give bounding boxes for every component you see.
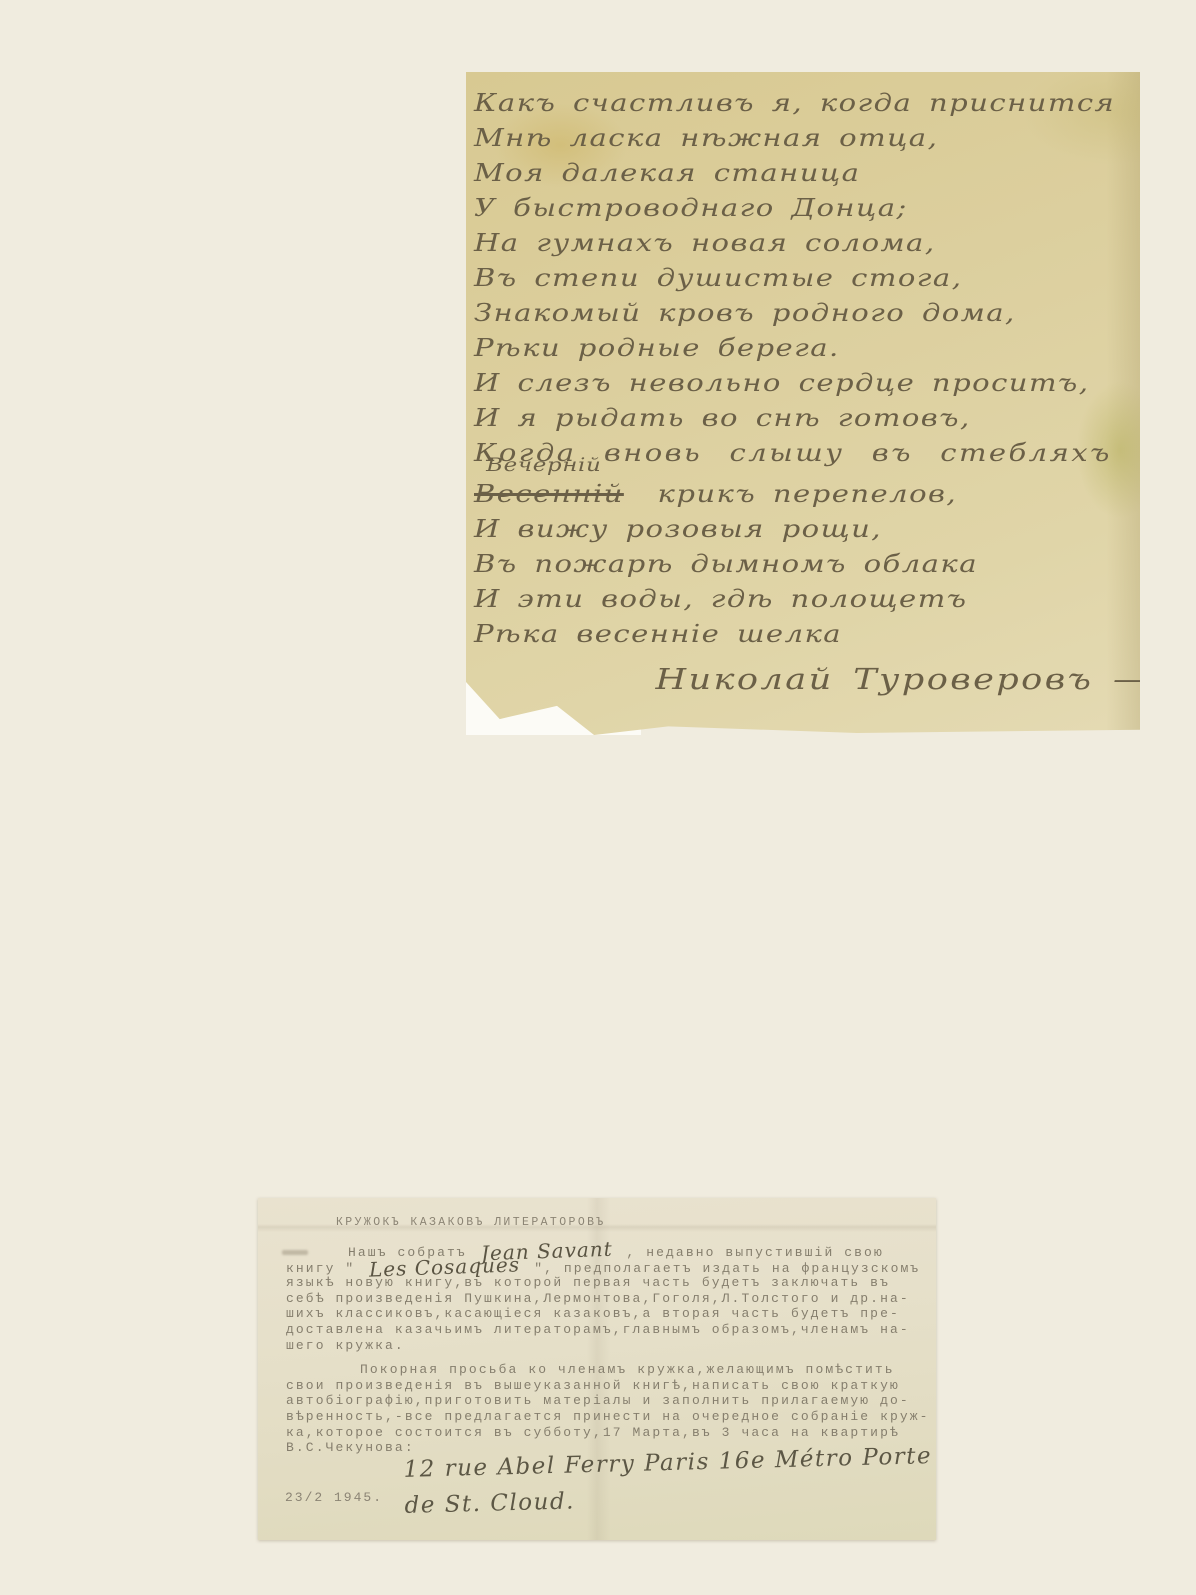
notice-line: вѣренность,-все предлагается принести на… [286, 1409, 922, 1425]
poem-line: И я рыдать во снѣ готовъ, [474, 401, 1140, 436]
struck-word: Весенній [474, 480, 624, 508]
poem-signature: Николай Туроверовъ — [656, 662, 1141, 697]
poem-line: И эти воды, гдѣ полощетъ [474, 582, 1140, 617]
typed-text: , недавно выпустившій свою [626, 1245, 883, 1260]
poem-text-block: Какъ счастливъ я, когда приснится Мнѣ ла… [474, 86, 1140, 697]
notice-title: КРУЖОКЪ КАЗАКОВЪ ЛИТЕРАТОРОВЪ [336, 1216, 606, 1229]
notice-line: книгу " Les Cosaques ", предполагаетъ из… [286, 1260, 922, 1276]
notice-line: свои произведенія въ вышеуказанной книгѣ… [286, 1378, 922, 1394]
poem-line-with-correction: Вечерній Весенній крикъ перепелов, [474, 471, 1140, 512]
poem-line: Въ степи душистые стога, [474, 261, 1140, 296]
notice-line: шего кружка. [286, 1338, 922, 1354]
inserted-correction-word: Вечерній [486, 456, 601, 475]
poem-line-text: крикъ перепелов, [658, 480, 958, 508]
poem-line: На гумнахъ новая солома, [474, 226, 1140, 261]
poem-line: Мнѣ ласка нѣжная отца, [474, 121, 1140, 156]
notice-line: доставлена казачьимъ литераторамъ,главны… [286, 1322, 922, 1338]
poem-line: Какъ счастливъ я, когда приснится [474, 86, 1140, 121]
typewritten-notice-sheet: КРУЖОКЪ КАЗАКОВЪ ЛИТЕРАТОРОВЪ Нашъ собра… [258, 1198, 936, 1540]
poem-line: Въ пожарѣ дымномъ облака [474, 547, 1140, 582]
poem-line: И слезъ невольно сердце проситъ, [474, 366, 1140, 401]
notice-line: ка,которое состоится въ субботу,17 Марта… [286, 1425, 922, 1441]
crossed-out-word: Вечерній Весенній [474, 477, 624, 512]
notice-body: Нашъ собратъ Jean Savant , недавно выпус… [286, 1244, 922, 1456]
handwritten-book-title: Les Cosaques [369, 1257, 521, 1278]
poem-line: И вижу розовыя рощи, [474, 512, 1140, 547]
typed-text: книгу " [286, 1261, 355, 1276]
notice-line: автобіографію,приготовить матеріалы и за… [286, 1393, 922, 1409]
poem-paper: Какъ счастливъ я, когда приснится Мнѣ ла… [466, 72, 1140, 735]
typed-text: ", предполагаетъ издать на французскомъ [534, 1261, 920, 1276]
handwritten-poem-sheet: Какъ счастливъ я, когда приснится Мнѣ ла… [466, 72, 1140, 735]
date-stamp: 23/2 1945. [285, 1490, 383, 1505]
paragraph-gap [286, 1353, 922, 1362]
notice-line: себѣ произведенія Пушкина,Лермонтова,Гог… [286, 1291, 922, 1307]
margin-smudge [282, 1250, 308, 1255]
notice-line: Покорная просьба ко членамъ кружка,желаю… [286, 1362, 922, 1378]
poem-line: Знакомый кровъ родного дома, [474, 296, 1140, 331]
poem-line: У быстроводнаго Донца; [474, 191, 1140, 226]
poem-line: Моя далекая станица [474, 156, 1140, 191]
handwritten-address: 12 rue Abel Ferry Paris 16e Métro Porte … [403, 1438, 933, 1524]
poem-line: Рѣки родные берега. [474, 331, 1140, 366]
notice-line: шихъ классиковъ,касающіеся казаковъ,а вт… [286, 1306, 922, 1322]
poem-line: Рѣка весенніе шелка [474, 617, 1140, 652]
